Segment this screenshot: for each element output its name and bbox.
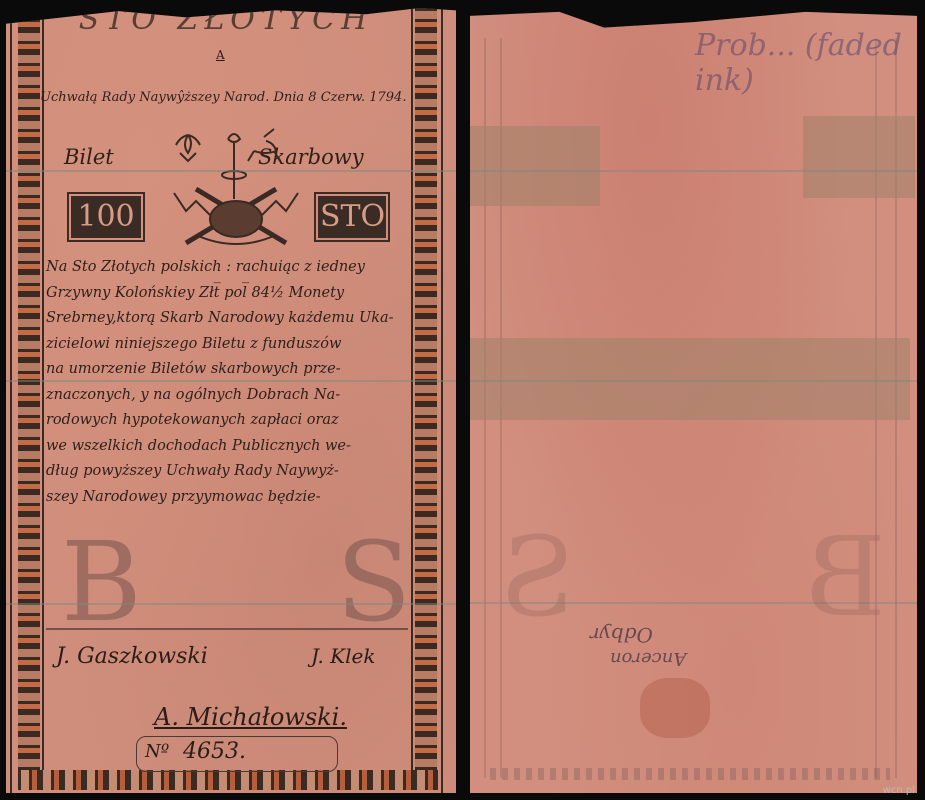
outer-rule-left xyxy=(10,8,12,793)
fold-line xyxy=(470,170,917,172)
repair-tape xyxy=(803,116,915,198)
coat-of-arms-emblem-icon xyxy=(166,123,306,253)
banknote-back: Prob... (faded ink) Odbyr Anceron S B xyxy=(470,8,917,793)
header-script: STO ZŁOTYCH xyxy=(36,2,416,37)
watermark-letter-s: S xyxy=(336,518,411,646)
fold-line xyxy=(6,380,456,382)
signature-rule xyxy=(46,628,408,630)
outer-rule-right xyxy=(441,8,443,793)
watermark-letter-b: B xyxy=(61,518,142,646)
handwriting-top: Prob... (faded ink) xyxy=(695,28,917,98)
fold-line xyxy=(470,380,917,382)
watermark-letter-b-mirrored: B xyxy=(805,513,886,641)
body-line: rodowych hypotekowanych zapłaci oraz xyxy=(46,408,431,434)
repair-tape xyxy=(470,338,910,420)
value-numeric-box: 100 xyxy=(71,196,141,238)
fold-line xyxy=(6,603,456,605)
body-line: Srebrney,ktorą Skarb Narodowy każdemu Uk… xyxy=(46,306,431,332)
show-through-border-bottom xyxy=(490,768,890,780)
body-line: szey Narodowey przyymowac będzie- xyxy=(46,485,431,511)
serial-prefix: Nº xyxy=(145,741,169,762)
body-line: dług powyższey Uchwały Rady Naywyż- xyxy=(46,459,431,485)
stain xyxy=(640,678,710,738)
handwriting-bottom-2: Anceron xyxy=(610,648,686,669)
handwriting-bottom-1: Odbyr xyxy=(590,623,653,647)
body-line: Grzywny Kolońskiey Złt̅ pol̅ 84½ Monety xyxy=(46,281,431,307)
ornamental-border-bottom xyxy=(18,770,438,790)
ornamental-border-left xyxy=(18,8,40,773)
site-watermark: wcn.pl xyxy=(883,785,915,796)
body-line: zicielowi niniejszego Biletu z funduszów xyxy=(46,332,431,358)
body-line: Na Sto Złotych polskich : rachuiąc z ied… xyxy=(46,255,431,281)
title-bilet: Bilet xyxy=(64,145,114,169)
signature-left: J. Gaszkowski xyxy=(56,644,208,669)
body-line: we wszelkich dochodach Publicznych we- xyxy=(46,434,431,460)
serial-number: 4653. xyxy=(183,739,246,764)
repair-tape xyxy=(470,126,600,206)
body-line: znaczonych, y na ogólnych Dobrach Na- xyxy=(46,383,431,409)
decree-line: Uchwałą Rady Naywŷższey Narod. Dnia 8 Cz… xyxy=(40,90,430,105)
banknote-front: STO ZŁOTYCH A Uchwałą Rady Naywŷższey Na… xyxy=(6,8,456,793)
body-line: na umorzenie Biletów skarbowych prze- xyxy=(46,357,431,383)
serial-number-box: Nº 4653. xyxy=(136,736,338,772)
banknote-body-text: Na Sto Złotych polskich : rachuiąc z ied… xyxy=(46,255,431,510)
value-word-box: STO xyxy=(318,196,386,238)
signature-center: A. Michałowski. xyxy=(154,703,347,731)
series-letter: A xyxy=(216,48,225,62)
watermark-letter-s-mirrored: S xyxy=(500,513,575,641)
signature-right: J. Klek xyxy=(311,644,375,668)
fold-line xyxy=(6,170,456,172)
inner-rule-left xyxy=(42,8,44,773)
